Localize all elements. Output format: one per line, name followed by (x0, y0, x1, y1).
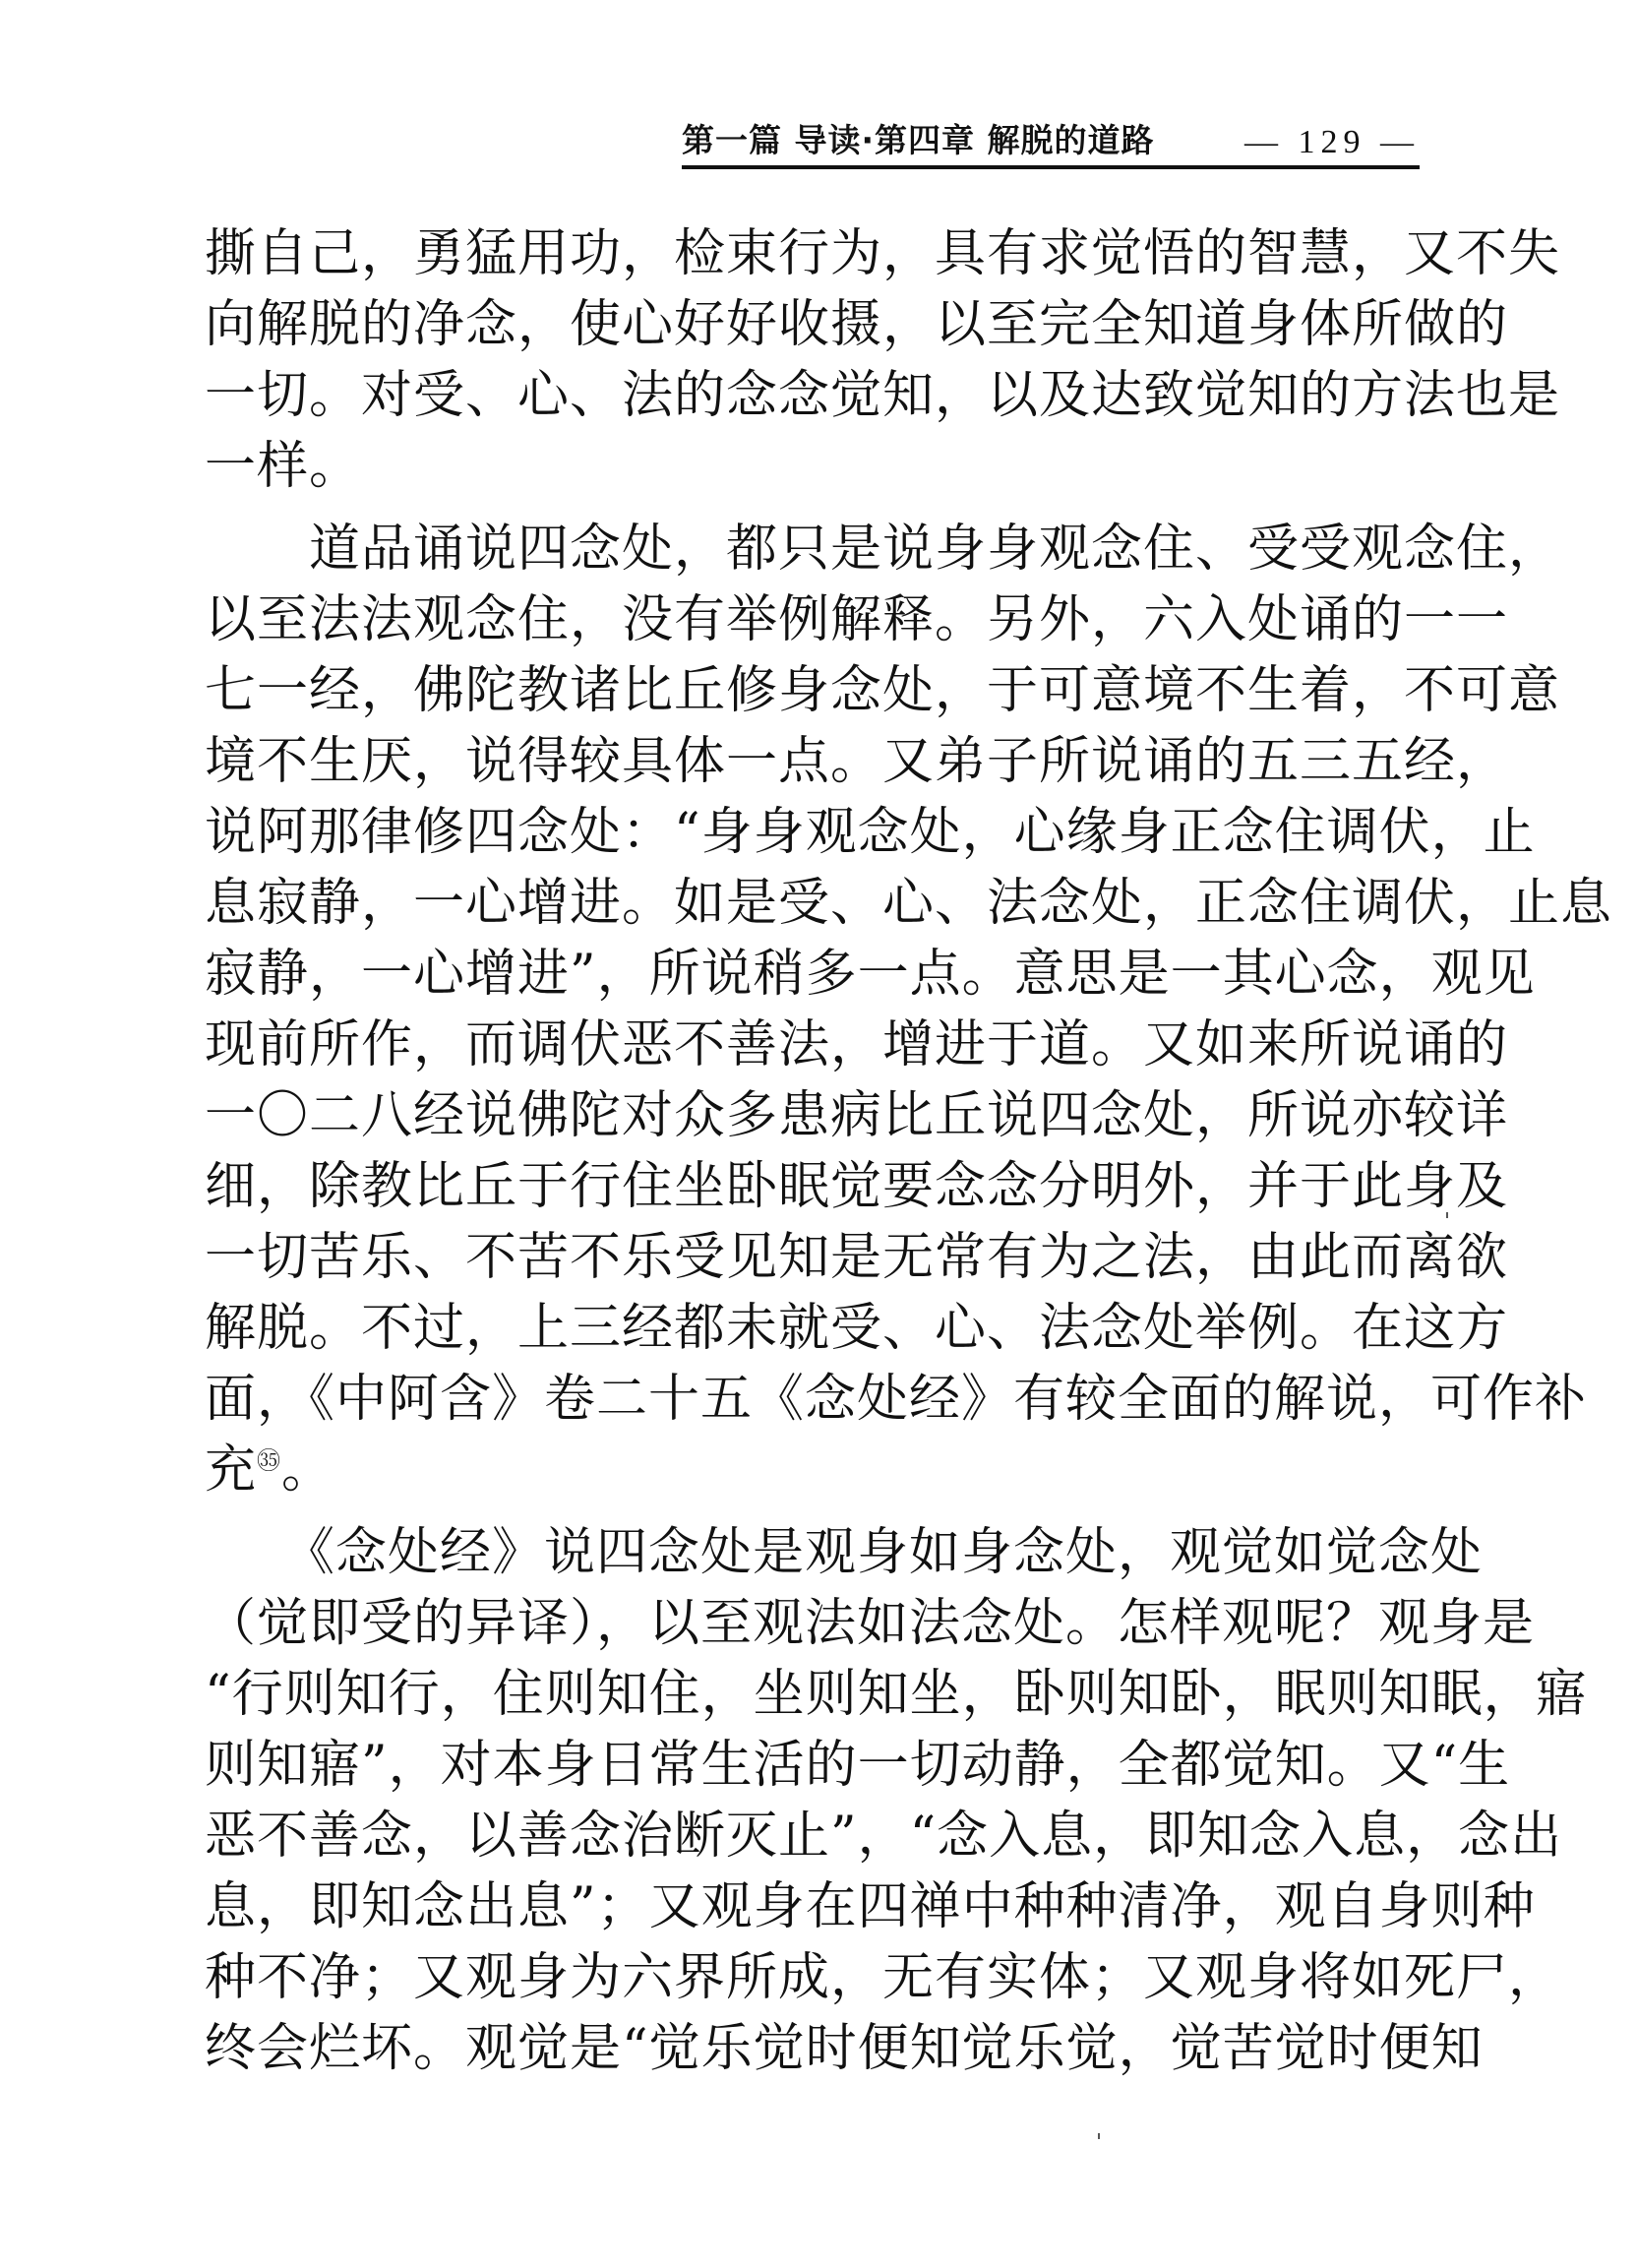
paragraph-1: 撕自己，勇猛用功，检束行为，具有求觉悟的智慧，又不失 向解脱的净念，使心好好收摄… (205, 218, 1421, 502)
paragraph-3: 《念处经》说四念处是观身如身念处，观觉如觉念处 （觉即受的异译），以至观法如法念… (205, 1517, 1421, 2084)
text-line: 现前所作，而调伏恶不善法，增进于道。又如来所说诵的 (205, 1010, 1421, 1080)
text-line: 面，《中阿含》卷二十五《念处经》有较全面的解说，可作补 (205, 1364, 1421, 1435)
text-line: 一切苦乐、不苦不乐受见知是无常有为之法，由此而离欲 (205, 1222, 1421, 1293)
text-line: 境不生厌，说得较具体一点。又弟子所说诵的五三五经， (205, 726, 1421, 797)
chapter-title: 第一篇 导读·第四章 解脱的道路 (682, 115, 1155, 161)
text-line: 道品诵说四念处，都只是说身身观念住、受受观念住， (205, 514, 1421, 584)
text-line: 说阿那律修四念处：“身身观念处，心缘身正念住调伏，止 (205, 797, 1421, 868)
scan-speck (1098, 2133, 1100, 2139)
text-line: “行则知行，住则知住，坐则知坐，卧则知卧，眠则知眠，寤 (205, 1659, 1421, 1730)
text-line: 种不净；又观身为六界所成，无有实体；又观身将如死尸， (205, 1942, 1421, 2013)
text-line: 终会烂坏。观觉是“觉乐觉时便知觉乐觉，觉苦觉时便知 (205, 2013, 1421, 2084)
text-line: 恶不善念，以善念治断灭止”，“念入息，即知念入息，念出 (205, 1801, 1421, 1871)
text-fragment: 充 (205, 1440, 257, 1500)
text-line: 一〇二八经说佛陀对众多患病比丘说四念处，所说亦较详 (205, 1080, 1421, 1151)
text-line: 撕自己，勇猛用功，检束行为，具有求觉悟的智慧，又不失 (205, 218, 1421, 289)
text-line: 则知寤”，对本身日常生活的一切动静，全都觉知。又“生 (205, 1730, 1421, 1801)
text-line: 息，即知念出息”；又观身在四禅中种种清净，观自身则种 (205, 1871, 1421, 1942)
text-line: 七一经，佛陀教诸比丘修身念处，于可意境不生着，不可意 (205, 655, 1421, 726)
text-line: 充㉟。 (205, 1435, 1421, 1505)
text-line: 向解脱的净念，使心好好收摄，以至完全知道身体所做的 (205, 289, 1421, 360)
page-number: — 129 — (1244, 124, 1420, 161)
running-header: 第一篇 导读·第四章 解脱的道路 — 129 — (682, 118, 1420, 169)
text-line: 以至法法观念住，没有举例解释。另外，六入处诵的一一 (205, 584, 1421, 655)
text-line: 细，除教比丘于行住坐卧眠觉要念念分明外，并于此身及 (205, 1151, 1421, 1222)
scan-speck (1446, 1212, 1448, 1218)
text-line: 解脱。不过，上三经都未就受、心、法念处举例。在这方 (205, 1293, 1421, 1364)
footnote-marker[interactable]: ㉟ (257, 1447, 281, 1475)
text-line: 息寂静，一心增进。如是受、心、法念处，正念住调伏，止息 (205, 868, 1421, 939)
text-line: 寂静，一心增进”，所说稍多一点。意思是一其心念，观见 (205, 939, 1421, 1010)
text-line: （觉即受的异译），以至观法如法念处。怎样观呢？观身是 (205, 1588, 1421, 1659)
text-fragment: 。 (281, 1440, 333, 1500)
text-line: 《念处经》说四念处是观身如身念处，观觉如觉念处 (205, 1517, 1421, 1588)
text-line: 一切。对受、心、法的念念觉知，以及达致觉知的方法也是 (205, 360, 1421, 431)
body-text: 撕自己，勇猛用功，检束行为，具有求觉悟的智慧，又不失 向解脱的净念，使心好好收摄… (205, 218, 1421, 2084)
paragraph-2: 道品诵说四念处，都只是说身身观念住、受受观念住， 以至法法观念住，没有举例解释。… (205, 514, 1421, 1505)
text-line: 一样。 (205, 431, 1421, 502)
